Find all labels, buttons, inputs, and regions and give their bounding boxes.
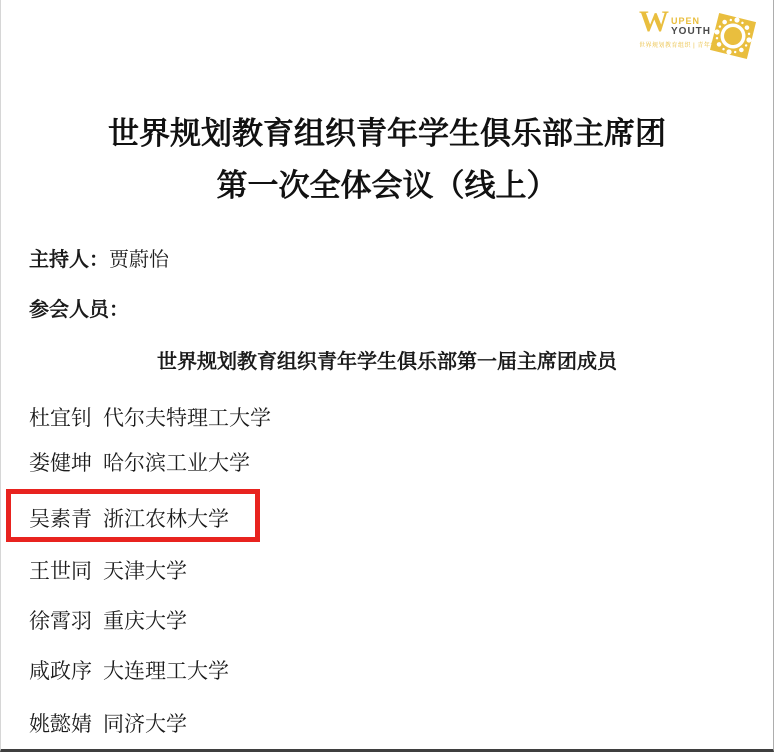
attendees-label: 参会人员：: [29, 297, 129, 323]
member-name: 咸政序: [29, 659, 92, 685]
member-row: 王世同 天津大学: [29, 559, 187, 585]
member-university: 哈尔滨工业大学: [103, 451, 250, 477]
member-university: 重庆大学: [103, 609, 187, 635]
member-name: 姚懿婧: [29, 712, 92, 738]
document-page: W UPEN YOUTH CLUB 世界规划教育组织 | 青年学生俱乐部: [0, 0, 774, 752]
logo-w-letter: W: [639, 8, 669, 36]
member-name: 吴素青: [29, 507, 92, 533]
member-university: 天津大学: [103, 559, 187, 585]
member-university: 同济大学: [103, 712, 187, 738]
member-name: 徐霄羽: [29, 609, 92, 635]
member-university: 浙江农林大学: [103, 507, 229, 533]
member-row: 杜宜钊 代尔夫特理工大学: [29, 406, 271, 432]
sun-emblem-icon: [707, 10, 759, 67]
member-name: 娄健坤: [29, 451, 92, 477]
title-line-2: 第一次全体会议（线上）: [1, 160, 773, 212]
title-line-1: 世界规划教育组织青年学生俱乐部主席团: [1, 108, 773, 160]
member-row-highlighted: 吴素青 浙江农林大学: [29, 507, 229, 533]
member-list-heading: 世界规划教育组织青年学生俱乐部第一届主席团成员: [1, 349, 773, 375]
member-row: 姚懿婧 同济大学: [29, 712, 187, 738]
member-row: 徐霄羽 重庆大学: [29, 609, 187, 635]
member-name: 杜宜钊: [29, 406, 92, 432]
member-university: 代尔夫特理工大学: [103, 406, 271, 432]
host-label: 主持人：: [29, 249, 109, 271]
page-title: 世界规划教育组织青年学生俱乐部主席团 第一次全体会议（线上）: [1, 108, 773, 212]
member-row: 娄健坤 哈尔滨工业大学: [29, 451, 250, 477]
member-name: 王世同: [29, 559, 92, 585]
member-row: 咸政序 大连理工大学: [29, 659, 229, 685]
member-university: 大连理工大学: [103, 659, 229, 685]
host-line: 主持人：贾蔚怡: [29, 247, 169, 273]
host-name: 贾蔚怡: [109, 249, 169, 271]
